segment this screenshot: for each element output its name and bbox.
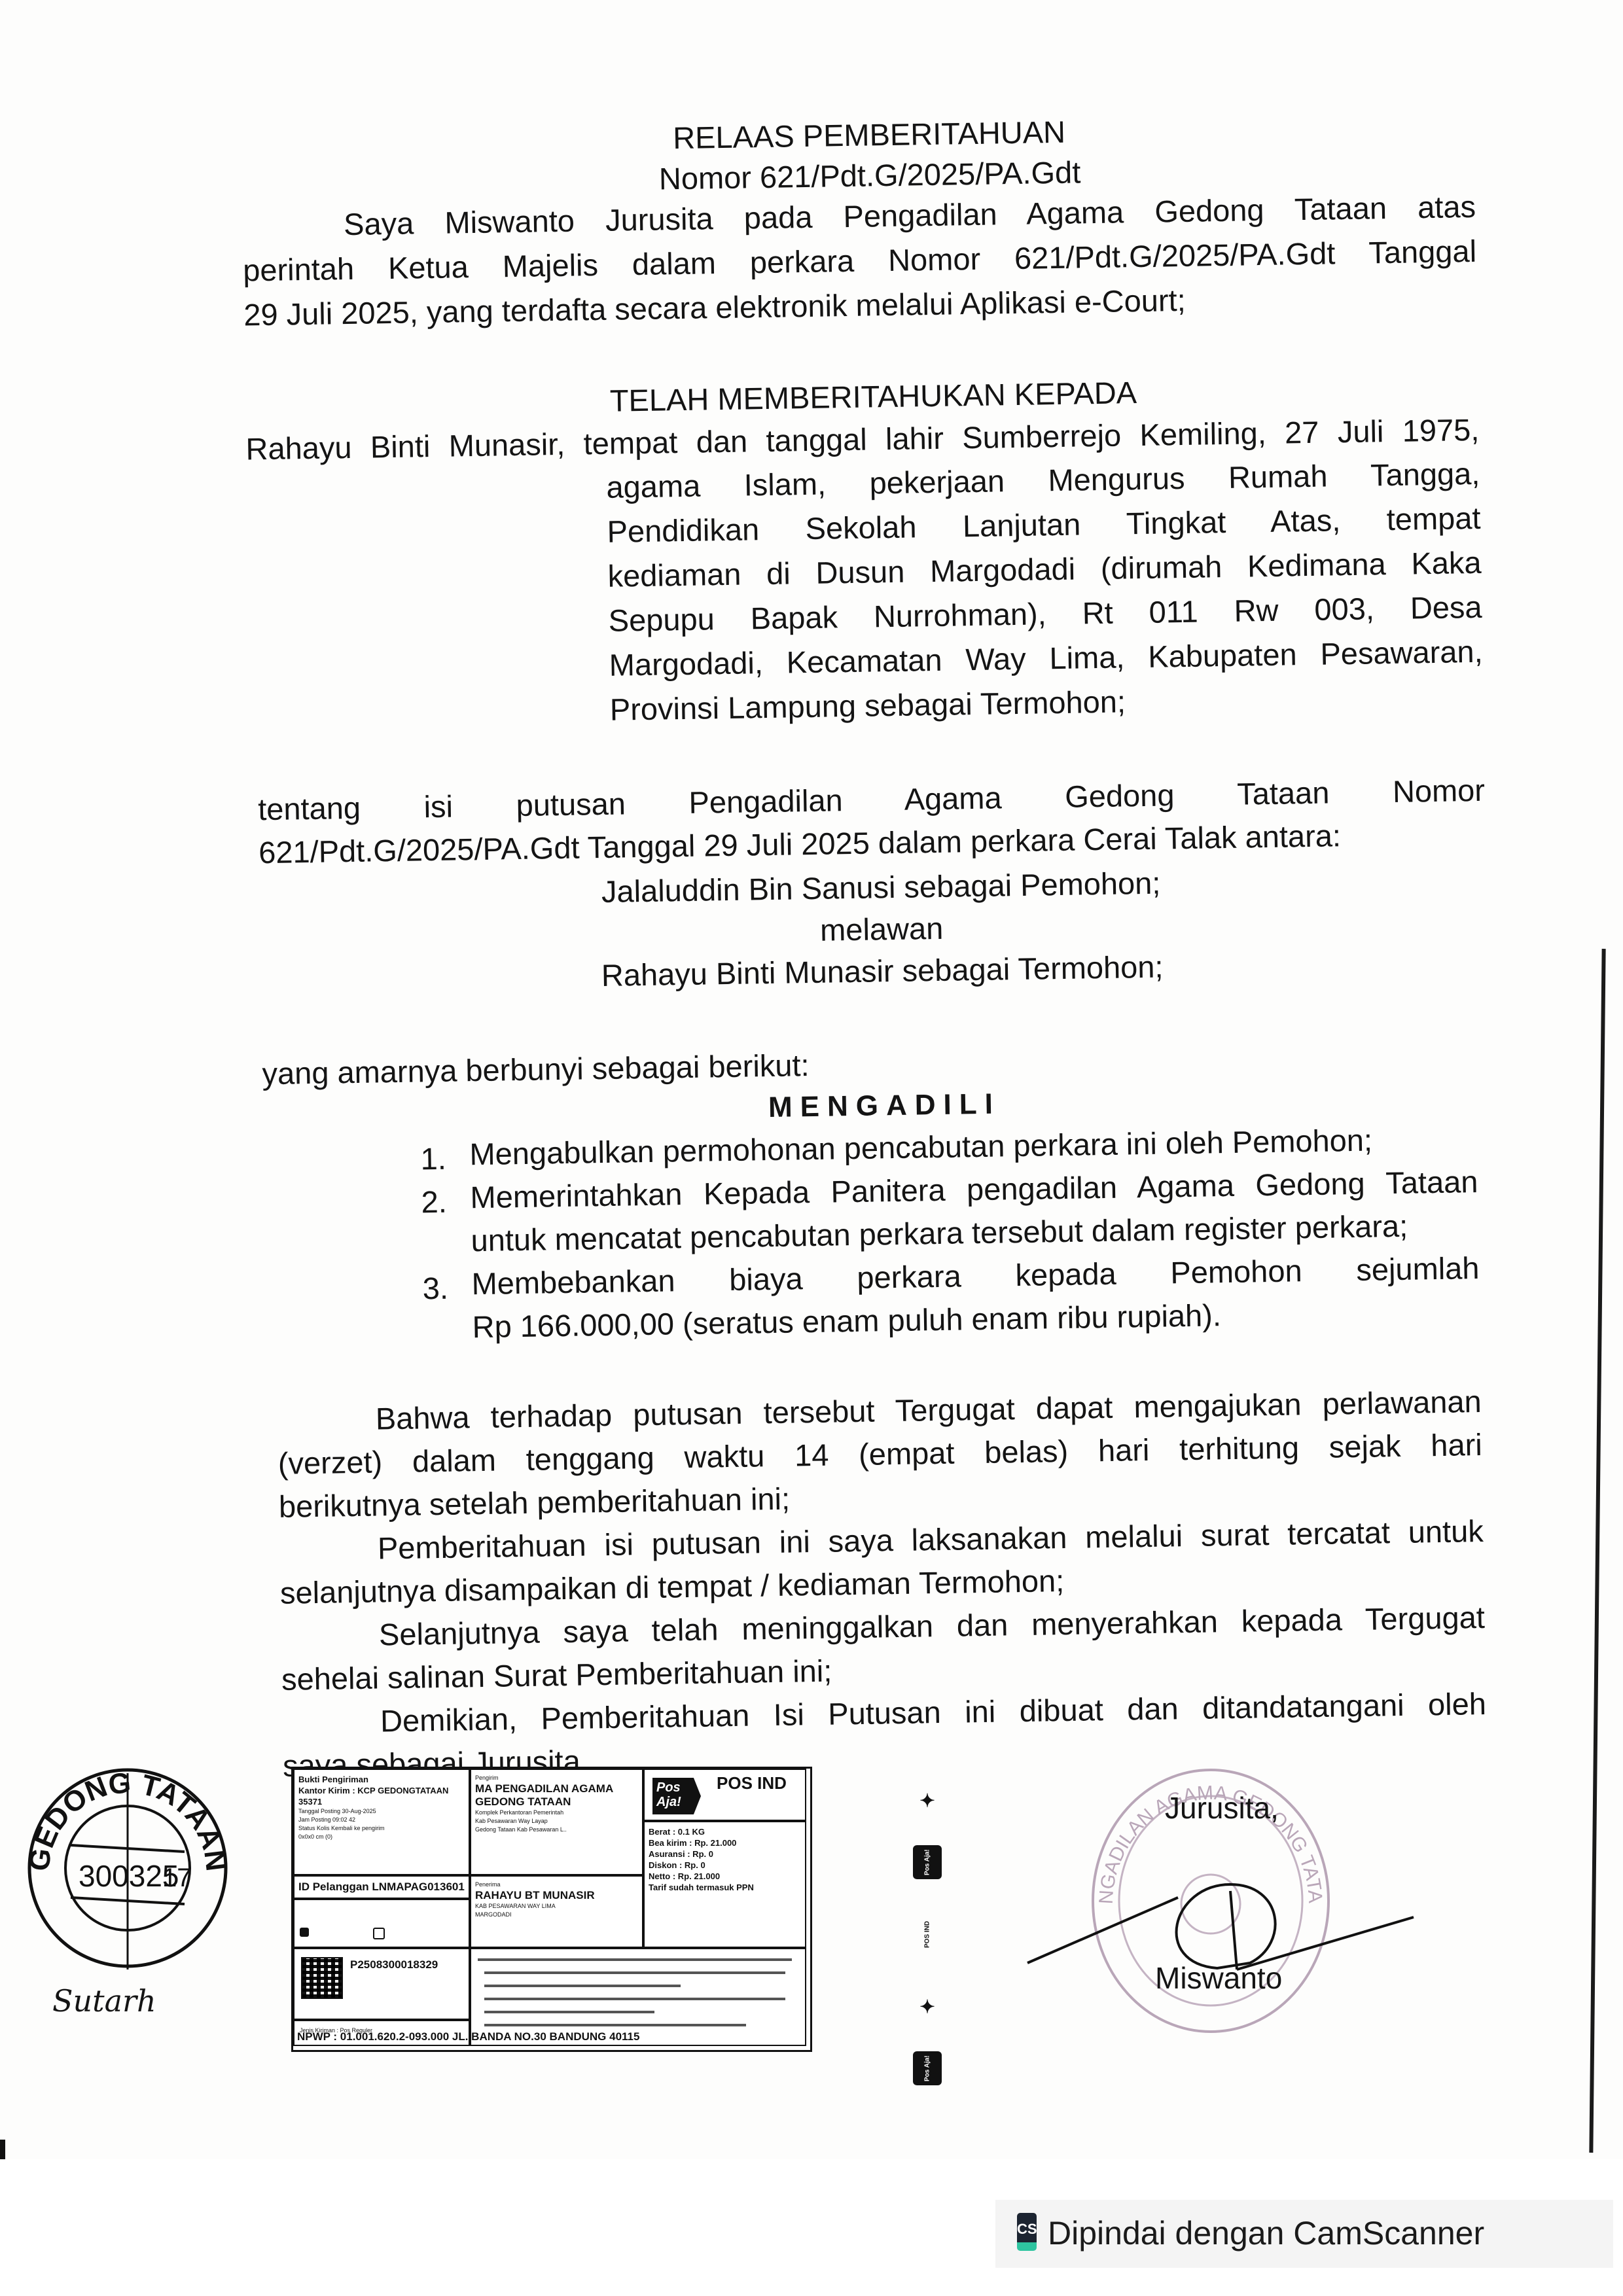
receipt-customer-id: ID Pelanggan LNMAPAG013601 xyxy=(293,1875,470,1899)
verdict-intro: yang amarnya berbunyi sebagai berikut: xyxy=(262,1047,810,1092)
pos-leaf-logo-icon: ✦ xyxy=(913,1783,942,1817)
camscanner-banner: CS Dipindai dengan CamScanner xyxy=(995,2200,1613,2268)
verdict-item-text: Memerintahkan Kepada Panitera pengadilan… xyxy=(470,1163,1478,1216)
recipient-line: kediaman di Dusun Margodadi (dirumah Ked… xyxy=(607,544,1482,595)
camscanner-logo-icon: CS xyxy=(1017,2213,1037,2251)
opening-line: 29 Juli 2025, yang terdafta secara elekt… xyxy=(243,282,1186,334)
closing-line: selanjutnya disampaikan di tempat / kedi… xyxy=(280,1563,1065,1612)
postmark-stamp: GEDONG TATAAN 300325 17 xyxy=(13,1760,242,1969)
signature-role: Jurusita, xyxy=(1165,1790,1279,1826)
recipient-line: agama Islam, pekerjaan Mengurus Rumah Ta… xyxy=(606,455,1480,506)
verdict-item-text: Mengabulkan permohonan pencabutan perkar… xyxy=(469,1122,1372,1173)
pos-ind-logo-icon: POS IND xyxy=(913,1917,942,1951)
verdict-item-number: 1. xyxy=(420,1140,446,1177)
receipt-brand: Pos Aja! POS IND xyxy=(643,1769,806,1821)
recipient-line: Pendidikan Sekolah Lanjutan Tingkat Atas… xyxy=(607,500,1481,550)
pos-leaf-logo-icon: ✦ xyxy=(913,1989,942,2023)
verdict-item-number: 3. xyxy=(422,1270,448,1307)
verdict-item-text: untuk mencatat pencabutan perkara terseb… xyxy=(471,1208,1408,1259)
subject-line: 621/Pdt.G/2025/PA.Gdt Tanggal 29 Juli 20… xyxy=(259,817,1342,871)
closing-line: berikutnya setelah pemberitahuan ini; xyxy=(279,1481,791,1525)
receipt-options xyxy=(293,1899,470,1948)
recipient-line: Sepupu Bapak Nurrohman), Rt 011 Rw 003, … xyxy=(608,589,1482,639)
verdict-item-number: 2. xyxy=(421,1184,447,1220)
page-edge-mark xyxy=(0,2140,5,2159)
pos-ind-logo: POS IND xyxy=(717,1775,787,1791)
verdict-heading: MENGADILI xyxy=(1,1074,1623,1138)
pos-aja-logo-icon: Pos Aja! xyxy=(913,1845,942,1879)
recipient-line: Provinsi Lampung sebagai Termohon; xyxy=(609,683,1126,728)
camscanner-text: Dipindai dengan CamScanner xyxy=(1048,2214,1484,2252)
receipt-shipping-info: Bukti Pengiriman Kantor Kirim : KCP GEDO… xyxy=(293,1769,470,1875)
svg-text:17: 17 xyxy=(162,1863,192,1892)
verdict-item-text: Membebankan biaya perkara kepada Pemohon… xyxy=(471,1250,1480,1302)
verdict-item-text: Rp 166.000,00 (seratus enam puluh enam r… xyxy=(472,1297,1221,1345)
pos-aja-logo-icon: Pos Aja! xyxy=(913,2051,942,2085)
receipt-sender: Pengirim MA PENGADILAN AGAMA GEDONG TATA… xyxy=(470,1769,643,1875)
postmark-handwriting: Sutarh xyxy=(52,1983,156,2019)
pos-aja-logo: Pos Aja! xyxy=(652,1778,701,1814)
receipt-recipient: Penerima RAHAYU BT MUNASIR KAB PESAWARAN… xyxy=(470,1875,643,1948)
postal-receipt: Bukti Pengiriman Kantor Kirim : KCP GEDO… xyxy=(291,1767,812,2052)
receipt-fees: Berat : 0.1 KG Bea kirim : Rp. 21.000 As… xyxy=(643,1821,806,1948)
closing-line: sehelai salinan Surat Pemberitahuan ini; xyxy=(281,1653,832,1698)
recipient-line: Margodadi, Kecamatan Way Lima, Kabupaten… xyxy=(609,633,1483,684)
receipt-tracking: P2508300018329 xyxy=(293,1948,470,2020)
receipt-footer: NPWP : 01.001.620.2-093.000 JL. BANDA NO… xyxy=(297,2030,639,2043)
qr-code-icon xyxy=(301,1957,343,1999)
checkbox-empty-icon xyxy=(373,1928,385,1939)
signature-name: Miswanto xyxy=(1155,1960,1282,1996)
checkbox-icon xyxy=(300,1928,309,1937)
